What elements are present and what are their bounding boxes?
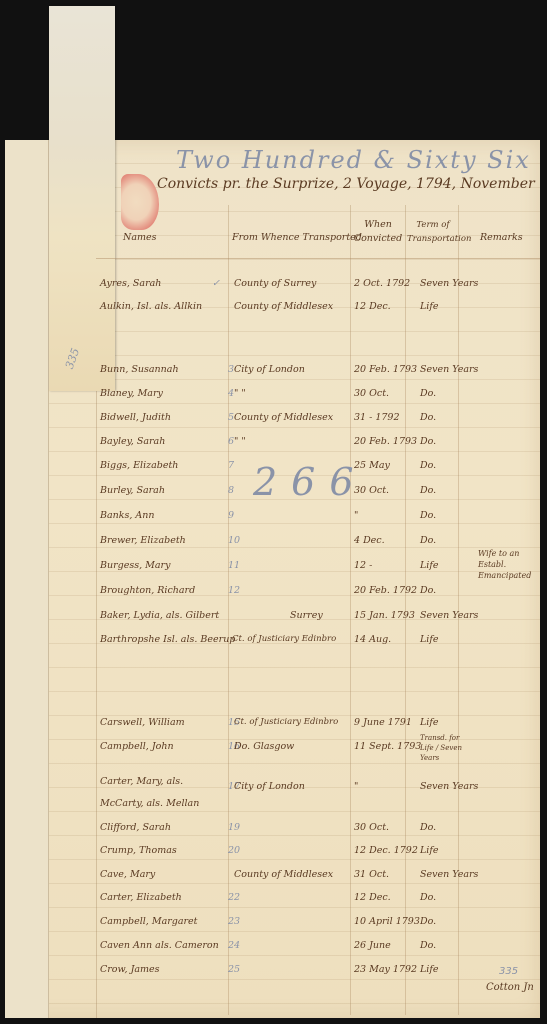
signature: Cotton Jn: [486, 982, 534, 993]
left-binding-strip: [5, 140, 49, 1018]
table-row: Campbell, John16Do. Glasgow11 Sept. 1793…: [100, 741, 540, 759]
column-header-remarks: Remarks: [480, 232, 523, 243]
table-row: Crow, James2523 May 1792Life: [100, 964, 540, 982]
table-row: Bunn, Susannah3City of London20 Feb. 179…: [100, 364, 540, 382]
header-rule: [96, 258, 540, 259]
table-row: Carter, Elizabeth2212 Dec.Do.: [100, 892, 540, 910]
table-row: Clifford, Sarah1930 Oct.Do.: [100, 822, 540, 840]
table-row: Cave, MaryCounty of Middlesex31 Oct.Seve…: [100, 869, 540, 887]
table-row: Ayres, Sarah✓County of Surrey2 Oct. 1792…: [100, 278, 540, 296]
table-row: Blaney, Mary4" "30 Oct.Do.: [100, 388, 540, 406]
document-title: Convicts pr. the Surprize, 2 Voyage, 179…: [157, 176, 535, 192]
table-row: Burgess, Mary1112 -LifeWife to an Establ…: [100, 560, 540, 578]
table-row: Crump, Thomas2012 Dec. 1792Life: [100, 845, 540, 863]
table-row: Bayley, Sarah6" "20 Feb. 1793Do.: [100, 436, 540, 454]
pencil-tally-number: 266: [253, 460, 368, 504]
table-row: Carter, Mary, als. McCarty, als. Mellan1…: [100, 771, 540, 805]
table-row: Broughton, Richard1220 Feb. 1792Do.: [100, 585, 540, 603]
table-row: Brewer, Elizabeth104 Dec.Do.: [100, 535, 540, 553]
column-header-from-whence: From Whence Transported: [232, 232, 362, 243]
table-row: Campbell, Margaret2310 April 1793Do.: [100, 916, 540, 934]
table-row: Barthropshe Isl. als. BeerupCt. of Justi…: [100, 634, 540, 652]
paper-tab-strip: [49, 6, 115, 391]
table-row: Aulkin, Isl. als. AllkinCounty of Middle…: [100, 301, 540, 319]
column-header-names: Names: [123, 232, 156, 243]
column-header-when-convicted: When Convicted: [352, 218, 404, 246]
table-row: Bidwell, Judith5County of Middlesex31 - …: [100, 412, 540, 430]
table-row: Baker, Lydia, als. GilbertSurrey15 Jan. …: [100, 610, 540, 628]
table-row: Caven Ann als. Cameron2426 JuneDo.: [100, 940, 540, 958]
pencil-title: Two Hundred & Sixty Six: [176, 146, 531, 174]
table-row: Banks, Ann9"Do.: [100, 510, 540, 528]
column-header-term: Term of Transportation: [407, 218, 459, 246]
folio-number: 335: [499, 966, 518, 977]
